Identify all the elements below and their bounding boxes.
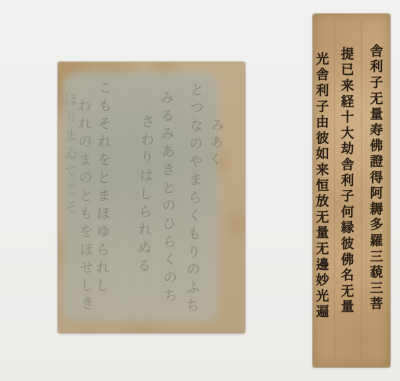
sutra-text-column: 舎利子无量寿佛證得阿耨多羅三藐三菩 xyxy=(368,44,381,313)
kana-text-column: みるみあきとのひらくのち xyxy=(159,90,177,306)
sutra-text-column: 提已来経十大劫舎利子何縁彼佛名无量 xyxy=(339,47,352,316)
sutra-text-column: 光舎利子由彼如来恒放无量无邊妙光遍 xyxy=(314,52,327,321)
kana-text-column: われのまのともをほせしき xyxy=(76,98,93,314)
kana-text-column: さわりはしられぬる xyxy=(136,114,154,276)
sutra-strip: 舎利子无量寿佛證得阿耨多羅三藐三菩 提已来経十大劫舎利子何縁彼佛名无量 光舎利子… xyxy=(313,14,390,367)
kana-text-column: ほりまゐてこそ xyxy=(63,92,77,218)
kana-calligraphy-sheet: みあく とつなのやまらくもりのふち みるみあきとのひらくのち さわりはしられぬる… xyxy=(58,62,245,333)
kana-text-column: みあく xyxy=(205,118,223,170)
photo-background: みあく とつなのやまらくもりのふち みるみあきとのひらくのち さわりはしられぬる… xyxy=(0,0,400,381)
column-ruling-line xyxy=(334,20,335,361)
kana-text-column: こもそれをとまほゆられし xyxy=(94,80,111,296)
column-ruling-line xyxy=(361,20,362,361)
